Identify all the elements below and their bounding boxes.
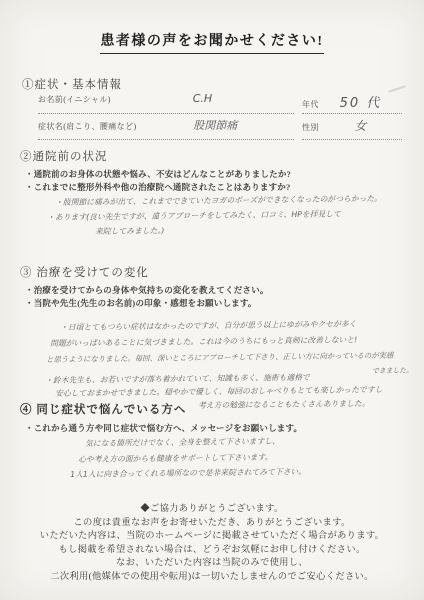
answer-after-treatment-line-4: できました。: [372, 365, 413, 375]
age-field: 年代 50 代: [302, 92, 402, 114]
footer-line-5: なお、いただいた内容は当院のみで使用し、: [0, 557, 424, 571]
name-field: お名前(イニシャル) C.H: [38, 92, 294, 114]
name-value-handwritten: C.H: [111, 92, 294, 105]
question-before-visit-2: ・これまでに整形外科や他の治療院へ通院されたことはありますか?: [25, 181, 290, 193]
symptom-label: 症状名(肩こり、腰痛など): [38, 121, 137, 132]
footer-notice: ◆ご協力ありがとうございます。 この度は貴重なお声をお寄せいただき、ありがとうご…: [0, 503, 424, 585]
gender-value-handwritten: 女: [319, 117, 402, 134]
footer-line-2: この度は貴重なお声をお寄せいただき、ありがとうございます。: [0, 517, 424, 531]
answer-after-treatment-line-6: 安心しておまかせできました。穏やかで優しく、毎回のおしゃべりもとても楽しかったで…: [55, 384, 382, 399]
answer-after-treatment-line-5: ・鈴木先生も、お若いですが落ち着かれていて、知識も多く、施術も適格で: [45, 372, 310, 386]
gender-label: 性別: [302, 122, 319, 133]
answer-message-line-2: 心や考え方の面からも健康をサポートして下さいます。: [78, 452, 272, 465]
answer-after-treatment-line-1: ・日頃とてもつらい症状はなかったのですが、自分が思う以上にゆがみやクセが多く: [60, 318, 356, 333]
answer-after-treatment-line-2: 問題がいっぱいあることに気づきました。これは今のうちにもっと真剣に改善しないと!: [50, 334, 357, 349]
title-row: 患者様の声をお聞かせください!: [0, 30, 424, 54]
symptom-field: 症状名(肩こり、腰痛など) 股関節痛: [38, 117, 294, 140]
age-value-handwritten: 50 代: [319, 92, 402, 111]
footer-line-3: いただいた内容は、当院のホームページに掲載させていただく場合があります。: [0, 530, 424, 544]
footer-line-1: ◆ご協力ありがとうございます。: [0, 503, 424, 517]
question-message-1: ・これから通う方や同じ症状で悩む方へ、メッセージをお願いします。: [25, 422, 302, 434]
answer-after-treatment-line-3: と思うようになりました。毎回、深いところにアプローチして下さり、正しい方に向かっ…: [46, 350, 393, 365]
answer-after-treatment-line-7: 考え方の勉強になることもたくさんありました。: [198, 398, 370, 411]
footer-line-6: 二次利用(他媒体での使用や転用)は一切いたしませんのでご安心ください。: [0, 571, 424, 585]
answer-before-visit-line-1: ・股関節に痛みが出て、これまでできていたヨガのポーズができなくなったのがつらかっ…: [55, 193, 382, 208]
section-before-visit-heading: ②通院前の状況: [20, 148, 108, 164]
symptom-value-handwritten: 股関節痛: [137, 117, 294, 133]
page-title: 患者様の声をお聞かせください!: [100, 30, 323, 54]
answer-before-visit-line-3: 来院してみました。): [95, 225, 164, 237]
question-after-treatment-2: ・当院や先生(先生のお名前)の印象・感想をお願いします。: [25, 297, 257, 309]
question-after-treatment-1: ・治療を受けてからの身体や気持ちの変化を教えてください。: [25, 284, 269, 296]
answer-message-line-3: 1人1人に向き合ってくれる場所なので是非来院されてみて下さい。: [70, 466, 306, 480]
answer-before-visit-line-2: ・あります(良い先生ですが、違うアプローチをしてみたく、口コミ、HPを拝見して: [47, 208, 341, 223]
age-label: 年代: [302, 99, 319, 110]
section-message-heading: ④ 同じ症状で悩んでいる方へ: [20, 401, 186, 417]
section-after-treatment-heading: ③ 治療を受けての変化: [20, 264, 149, 280]
footer-line-4: もし掲載を希望されない場合は、どうぞお気軽にお申し付けください。: [0, 544, 424, 558]
name-label: お名前(イニシャル): [38, 94, 111, 105]
patient-feedback-form-scan: 患者様の声をお聞かせください! ①症状・基本情報 お名前(イニシャル) C.H …: [0, 0, 424, 600]
gender-field: 性別 女: [302, 117, 402, 140]
answer-message-line-1: 気になる箇所だけでなく、全身を整えて下さいますし、: [85, 436, 280, 449]
question-before-visit-1: ・通院前のお身体の状態や悩み、不安はどんなことがありましたか?: [25, 168, 291, 180]
section-basic-info-heading: ①症状・基本情報: [22, 76, 122, 92]
